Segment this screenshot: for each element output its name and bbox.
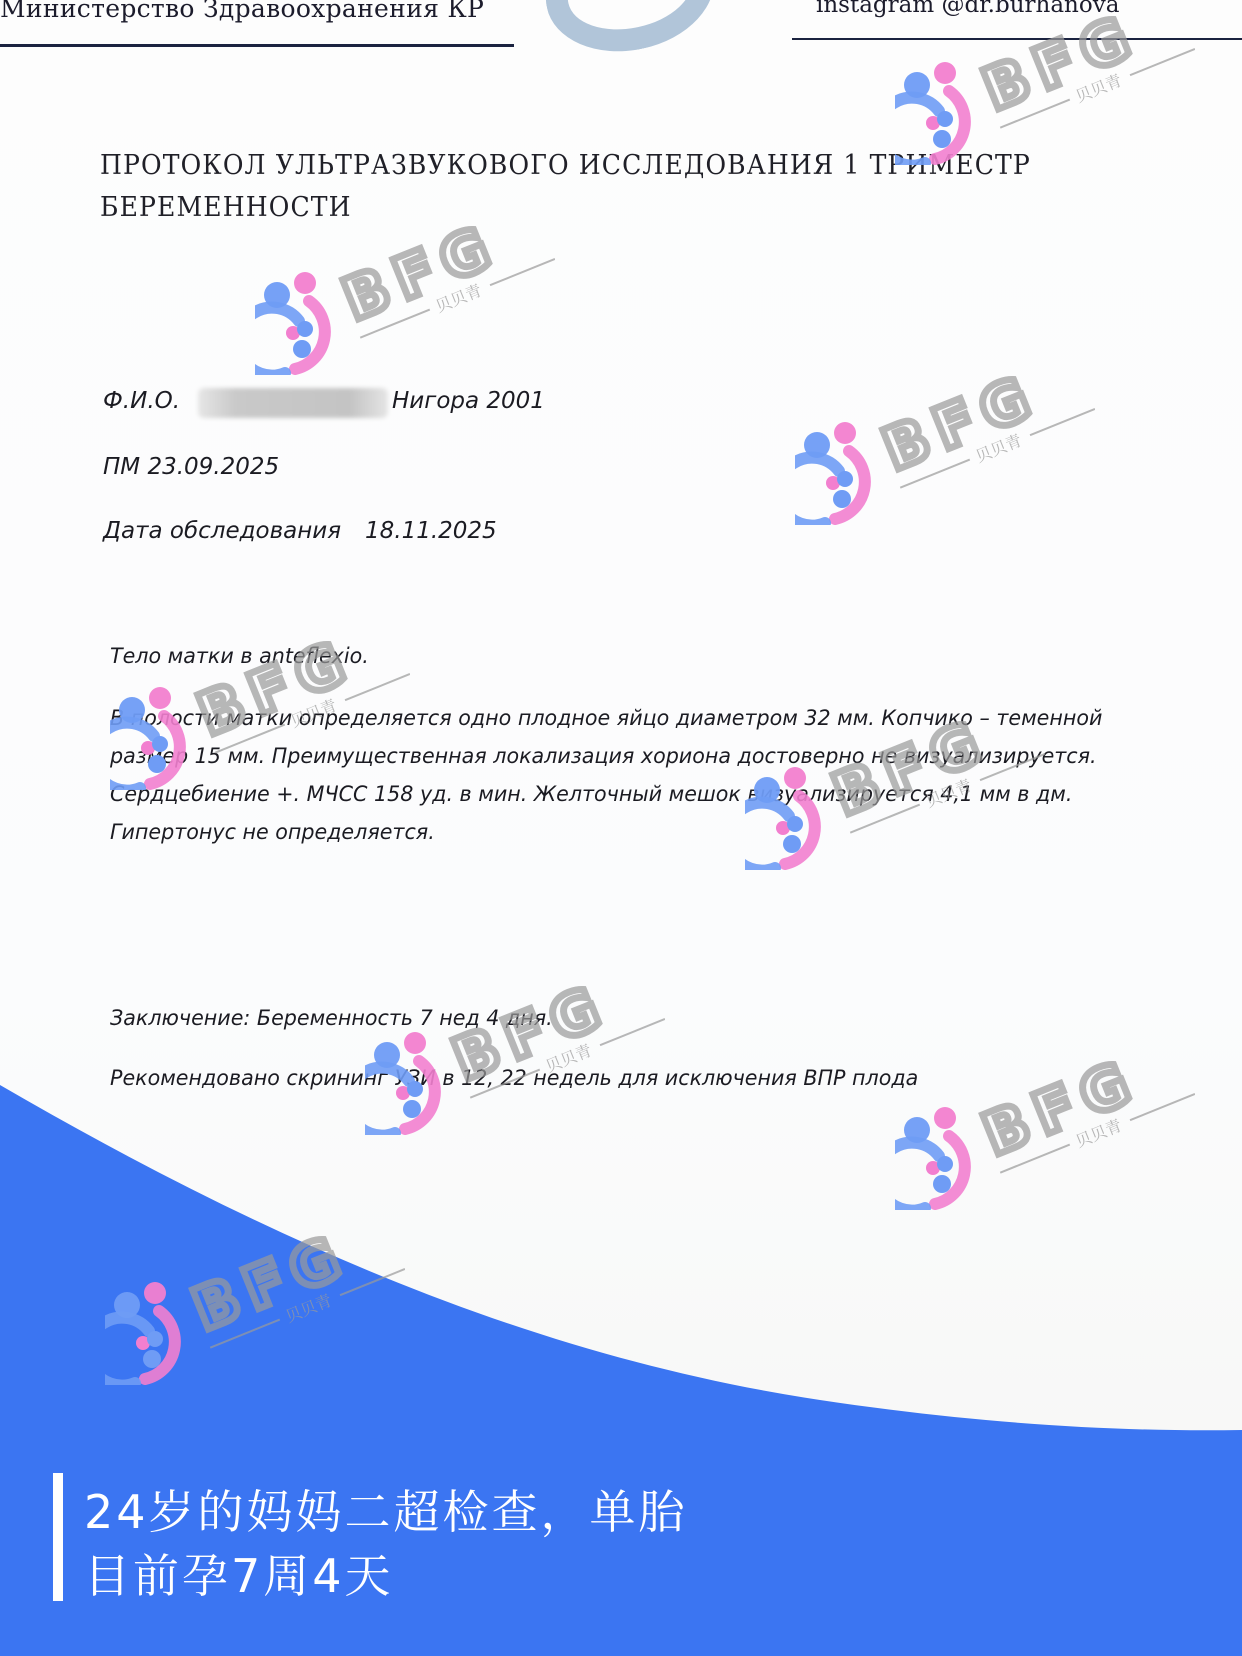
conclusion: Заключение: Беременность 7 нед 4 дня.	[110, 1006, 553, 1031]
document-page: Министерство Здравоохранения КР instagra…	[0, 0, 1242, 1656]
finding-line: размер 15 мм. Преимущественная локализац…	[110, 744, 1097, 769]
caption-line-2: 目前孕7周4天	[84, 1540, 394, 1606]
fio-label: Ф.И.О.	[103, 388, 180, 414]
header-rule-right	[792, 38, 1242, 40]
caption-accent-bar	[53, 1473, 63, 1601]
patient-name: Нигора 2001	[392, 388, 545, 414]
finding-line: Сердцебиение +. МЧСС 158 уд. в мин. Желт…	[110, 782, 1072, 807]
finding-line: В полости матки определяется одно плодно…	[110, 706, 1102, 731]
exam-date-label: Дата обследования	[103, 518, 341, 544]
clinic-logo-icon	[534, 0, 725, 66]
last-menstruation-date: ПМ 23.09.2025	[103, 454, 279, 480]
protocol-title: ПРОТОКОЛ УЛЬТРАЗВУКОВОГО ИССЛЕДОВАНИЯ 1 …	[100, 150, 1031, 181]
header-rule-left	[0, 44, 514, 47]
exam-date: 18.11.2025	[365, 518, 497, 544]
redacted-surname	[198, 388, 388, 418]
caption-line-1: 24岁的妈妈二超检查，单胎	[84, 1476, 688, 1542]
finding-line: Тело матки в anteflexio.	[110, 644, 369, 669]
finding-line: Гипертонус не определяется.	[110, 820, 435, 845]
protocol-title-line2: БЕРЕМЕННОСТИ	[100, 192, 352, 223]
recommendation: Рекомендовано скрининг УЗИ в 12, 22 неде…	[110, 1066, 918, 1091]
instagram-handle: instagram @dr.burhanova	[816, 0, 1119, 18]
ministry-header: Министерство Здравоохранения КР	[0, 0, 484, 23]
